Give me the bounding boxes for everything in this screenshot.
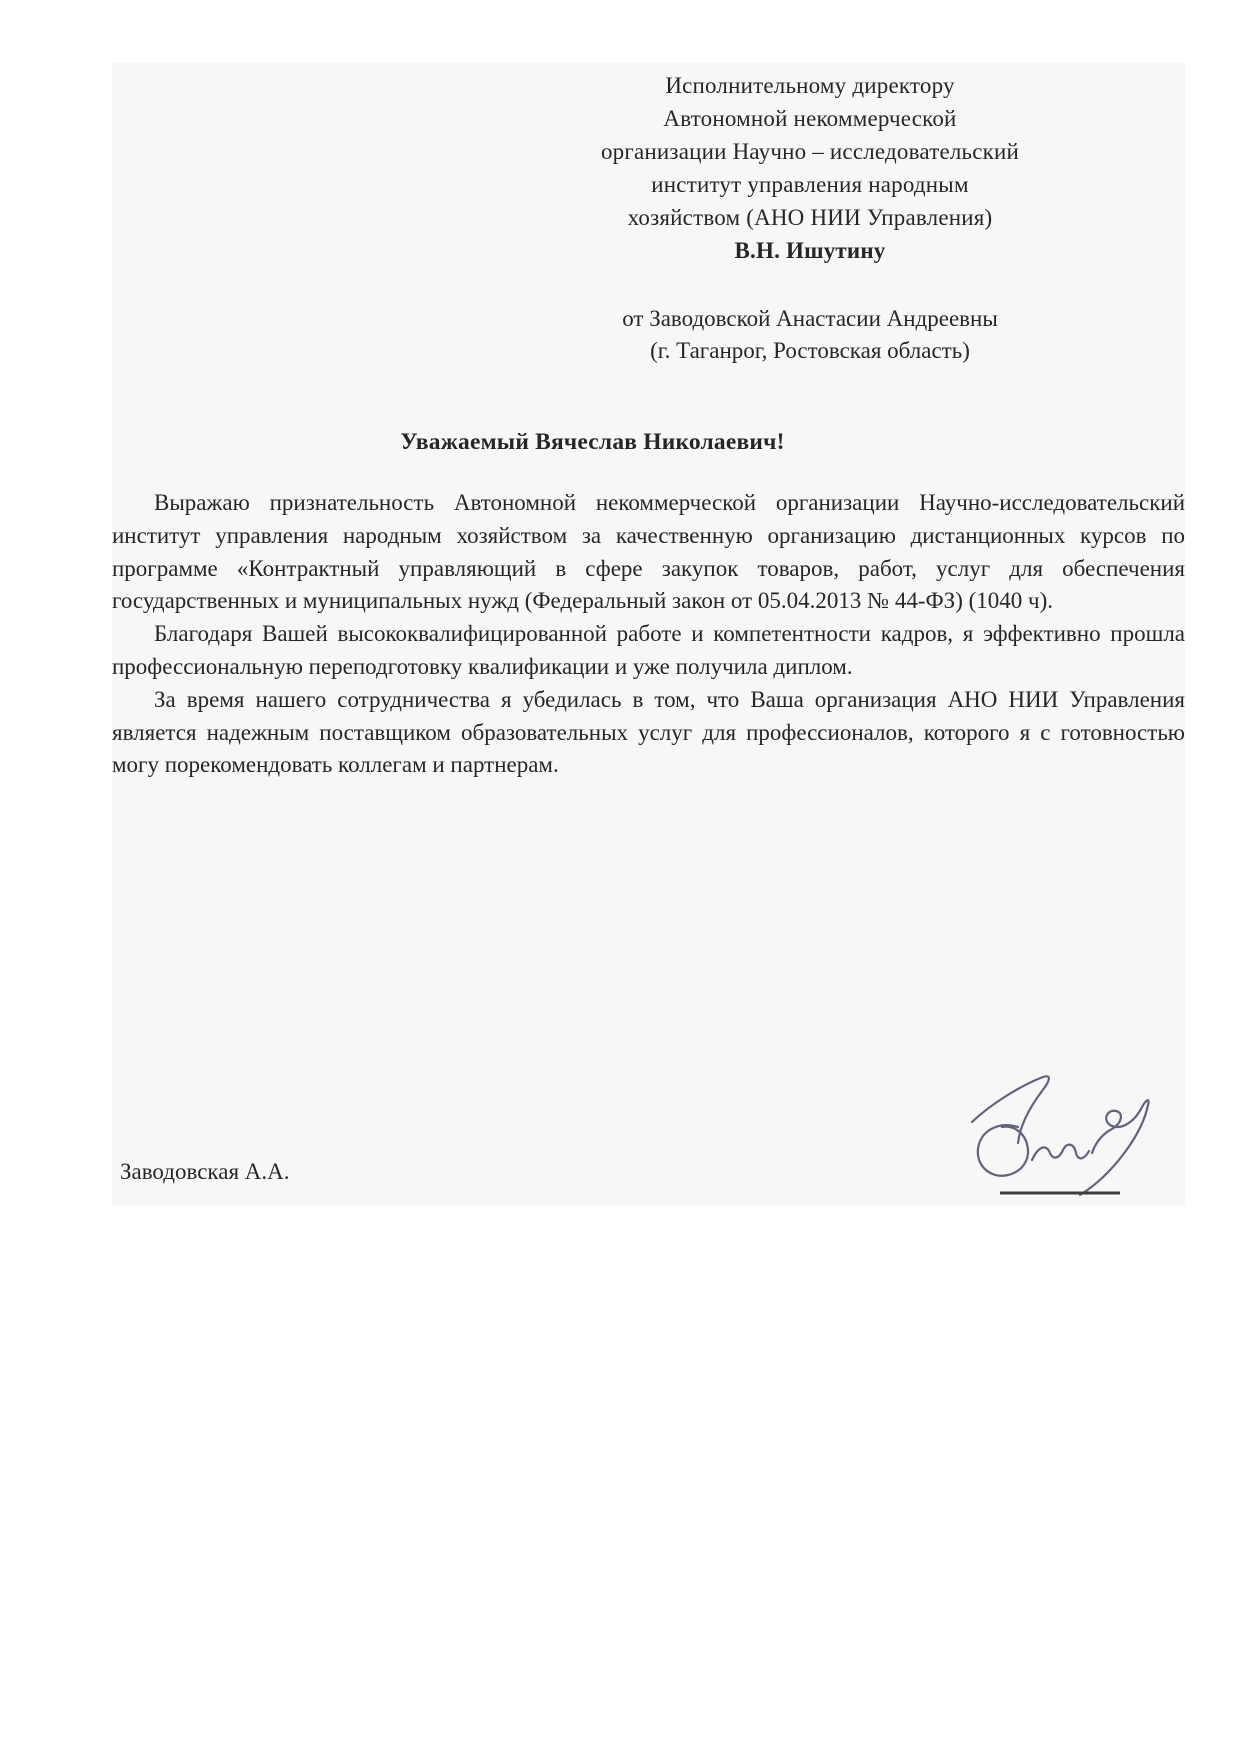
- paragraph: Выражаю признательность Автономной неком…: [112, 487, 1185, 618]
- sender-line: (г. Таганрог, Ростовская область): [570, 335, 1050, 367]
- letter-body: Выражаю признательность Автономной неком…: [112, 487, 1185, 782]
- handwritten-signature-icon: [962, 1065, 1162, 1205]
- addressee-line: хозяйством (АНО НИИ Управления): [570, 201, 1050, 234]
- addressee-line: Автономной некоммерческой: [570, 102, 1050, 135]
- addressee-line: Исполнительному директору: [570, 69, 1050, 102]
- addressee-line: организации Научно – исследовательский: [570, 135, 1050, 168]
- scanned-letter-page: Исполнительному директору Автономной нек…: [112, 63, 1185, 1205]
- signature-name: Заводовская А.А.: [120, 1159, 290, 1185]
- sender-line: от Заводовской Анастасии Андреевны: [570, 303, 1050, 335]
- paragraph: Благодаря Вашей высококвалифицированной …: [112, 618, 1185, 684]
- sender-block: от Заводовской Анастасии Андреевны (г. Т…: [570, 303, 1050, 367]
- addressee-name: В.Н. Ишутину: [570, 234, 1050, 267]
- paragraph: За время нашего сотрудничества я убедила…: [112, 684, 1185, 782]
- salutation: Уважаемый Вячеслав Николаевич!: [56, 429, 1129, 456]
- addressee-line: институт управления народным: [570, 168, 1050, 201]
- addressee-block: Исполнительному директору Автономной нек…: [570, 69, 1050, 267]
